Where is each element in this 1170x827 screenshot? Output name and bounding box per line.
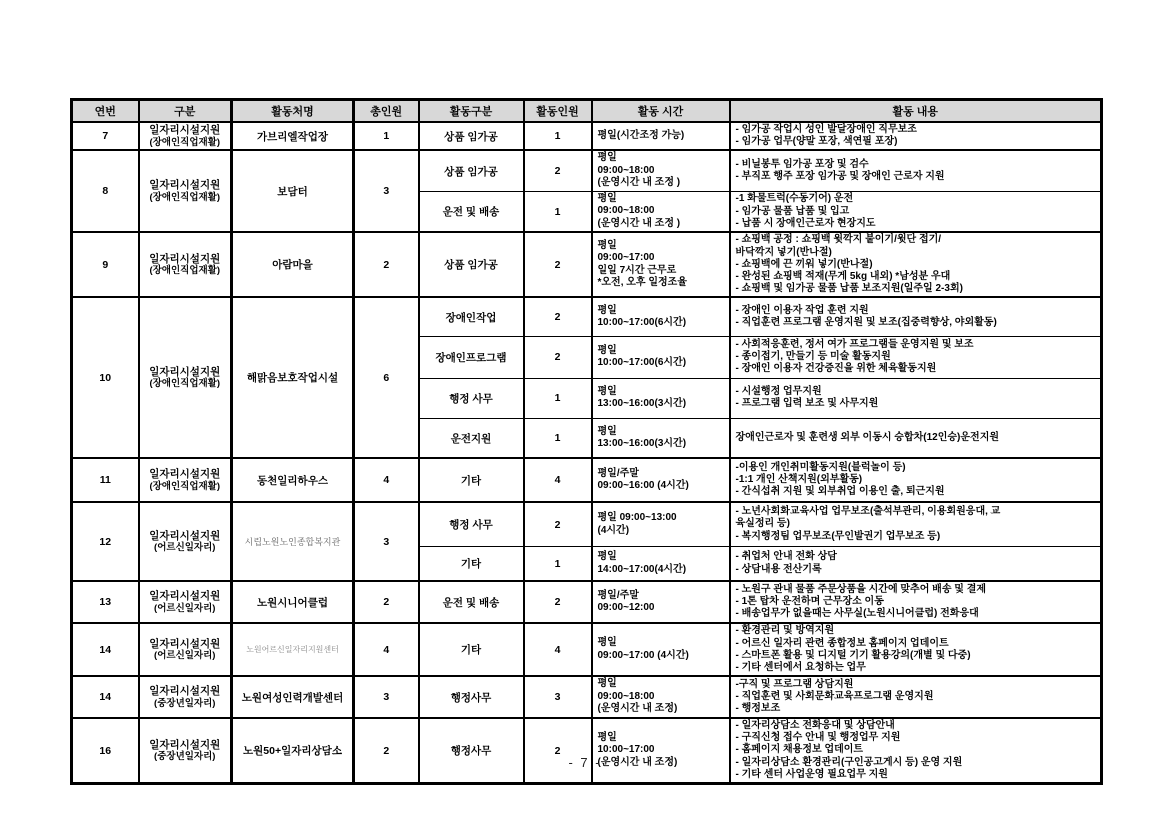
- cell-activity-type: 기타: [419, 458, 524, 502]
- cell-activity-type: 장애인작업: [419, 297, 524, 336]
- cell-activity-time: 평일 09:00~18:00 (운영시간 내 조정): [592, 676, 730, 718]
- cell-total: 3: [354, 150, 419, 232]
- cell-activity-type: 장애인프로그램: [419, 336, 524, 378]
- cell-activity-count: 1: [524, 546, 592, 581]
- cell-activity-type: 상품 임가공: [419, 122, 524, 150]
- cell-place: 시립노원노인종합복지관: [232, 502, 354, 581]
- category-sub: (어르신일자리): [143, 650, 228, 661]
- cell-activity-count: 2: [524, 336, 592, 378]
- category-sub: (장애인직업재활): [143, 481, 228, 492]
- cell-place: 해맑음보호작업시설: [232, 297, 354, 458]
- category-main: 일자리시설지원: [143, 530, 228, 543]
- cell-activity-type: 기타: [419, 546, 524, 581]
- cell-activity-count: 2: [524, 232, 592, 297]
- cell-activity-content: - 노년사회화교육사업 업무보조(출석부관리, 이용회원응대, 교 육실정리 등…: [730, 502, 1102, 546]
- table-row: 7 일자리시설지원 (장애인직업재활) 가브리엘작업장 1 상품 임가공 1 평…: [72, 122, 1102, 150]
- cell-activity-time: 평일 09:00~13:00 (4시간): [592, 502, 730, 546]
- col-header-activity-content: 활동 내용: [730, 100, 1102, 123]
- cell-activity-content: - 환경관리 및 방역지원 - 어르신 일자리 관련 종합정보 홈페이지 업데이…: [730, 623, 1102, 676]
- cell-activity-type: 행정 사무: [419, 378, 524, 418]
- cell-category: 일자리시설지원 (장애인직업재활): [139, 122, 232, 150]
- category-main: 일자리시설지원: [143, 739, 228, 752]
- cell-activity-count: 1: [524, 418, 592, 458]
- cell-no: 9: [72, 232, 139, 297]
- table-row: 11 일자리시설지원 (장애인직업재활) 동천일리하우스 4 기타 4 평일/주…: [72, 458, 1102, 502]
- table-row: 12 일자리시설지원 (어르신일자리) 시립노원노인종합복지관 3 행정 사무 …: [72, 502, 1102, 546]
- cell-activity-count: 2: [524, 718, 592, 783]
- table-row: 9 일자리시설지원 (장애인직업재활) 아람마을 2 상품 임가공 2 평일 0…: [72, 232, 1102, 297]
- cell-total: 2: [354, 581, 419, 623]
- cell-total: 1: [354, 122, 419, 150]
- cell-activity-count: 4: [524, 458, 592, 502]
- cell-activity-content: - 장애인 이용자 작업 훈련 지원 - 직업훈련 프로그램 운영지원 및 보조…: [730, 297, 1102, 336]
- activity-table: 연번 구분 활동처명 총인원 활동구분 활동인원 활동 시간 활동 내용 7 일…: [70, 98, 1103, 785]
- cell-place: 가브리엘작업장: [232, 122, 354, 150]
- cell-activity-count: 3: [524, 676, 592, 718]
- cell-activity-count: 2: [524, 297, 592, 336]
- category-sub: (장애인직업재활): [143, 137, 228, 148]
- cell-activity-count: 4: [524, 623, 592, 676]
- cell-activity-content: - 취업처 안내 전화 상담 - 상담내용 전산기록: [730, 546, 1102, 581]
- cell-activity-content: - 사회적응훈련, 정서 여가 프로그램들 운영지원 및 보조 - 종이접기, …: [730, 336, 1102, 378]
- cell-activity-content: - 시설행정 업무지원 - 프로그램 입력 보조 및 사무지원: [730, 378, 1102, 418]
- cell-activity-type: 운전지원: [419, 418, 524, 458]
- col-header-activity-count: 활동인원: [524, 100, 592, 123]
- cell-activity-content: -1 화물트럭(수동기어) 운전 - 임가공 물품 납품 및 입고 - 납품 시…: [730, 191, 1102, 232]
- cell-activity-time: 평일/주말 09:00~16:00 (4시간): [592, 458, 730, 502]
- category-sub: (장애인직업재활): [143, 265, 228, 276]
- col-header-activity-type: 활동구분: [419, 100, 524, 123]
- cell-activity-count: 2: [524, 581, 592, 623]
- table-row: 14 일자리시설지원 (중장년일자리) 노원여성인력개발센터 3 행정사무 3 …: [72, 676, 1102, 718]
- cell-total: 2: [354, 718, 419, 783]
- cell-no: 8: [72, 150, 139, 232]
- cell-category: 일자리시설지원 (장애인직업재활): [139, 150, 232, 232]
- cell-total: 3: [354, 676, 419, 718]
- cell-activity-count: 2: [524, 502, 592, 546]
- cell-activity-count: 1: [524, 191, 592, 232]
- cell-activity-type: 운전 및 배송: [419, 191, 524, 232]
- document-page: 연번 구분 활동처명 총인원 활동구분 활동인원 활동 시간 활동 내용 7 일…: [0, 0, 1170, 827]
- cell-activity-type: 운전 및 배송: [419, 581, 524, 623]
- cell-activity-time: 평일 13:00~16:00(3시간): [592, 418, 730, 458]
- cell-no: 13: [72, 581, 139, 623]
- col-header-place: 활동처명: [232, 100, 354, 123]
- cell-activity-type: 행정사무: [419, 718, 524, 783]
- category-sub: (장애인직업재활): [143, 192, 228, 203]
- category-sub: (중장년일자리): [143, 698, 228, 709]
- cell-activity-time: 평일 14:00~17:00(4시간): [592, 546, 730, 581]
- category-main: 일자리시설지원: [143, 468, 228, 481]
- cell-activity-content: - 일자리상담소 전화응대 및 상담안내 - 구직신청 접수 안내 및 행정업무…: [730, 718, 1102, 783]
- cell-activity-type: 상품 임가공: [419, 232, 524, 297]
- cell-total: 4: [354, 623, 419, 676]
- cell-activity-content: 장애인근로자 및 훈련생 외부 이동시 승합차(12인승)운전지원: [730, 418, 1102, 458]
- cell-place: 노원시니어클럽: [232, 581, 354, 623]
- cell-place: 노원어르신일자리지원센터: [232, 623, 354, 676]
- cell-activity-count: 1: [524, 378, 592, 418]
- category-main: 일자리시설지원: [143, 366, 228, 379]
- table-row: 8 일자리시설지원 (장애인직업재활) 보담터 3 상품 임가공 2 평일 09…: [72, 150, 1102, 191]
- cell-activity-type: 행정사무: [419, 676, 524, 718]
- cell-activity-time: 평일 09:00~18:00 (운영시간 내 조정 ): [592, 150, 730, 191]
- cell-category: 일자리시설지원 (장애인직업재활): [139, 458, 232, 502]
- cell-activity-count: 2: [524, 150, 592, 191]
- cell-activity-time: 평일(시간조정 가능): [592, 122, 730, 150]
- table-row: 16 일자리시설지원 (중장년일자리) 노원50+일자리상담소 2 행정사무 2…: [72, 718, 1102, 783]
- table-row: 13 일자리시설지원 (어르신일자리) 노원시니어클럽 2 운전 및 배송 2 …: [72, 581, 1102, 623]
- category-main: 일자리시설지원: [143, 685, 228, 698]
- cell-no: 14: [72, 676, 139, 718]
- cell-activity-content: -구직 및 프로그램 상담지원 - 직업훈련 및 사회문화교육프로그램 운영지원…: [730, 676, 1102, 718]
- cell-activity-content: -이용인 개인취미활동지원(블럭놀이 등) -1:1 개인 산책지원(외부활동)…: [730, 458, 1102, 502]
- category-main: 일자리시설지원: [143, 253, 228, 266]
- category-main: 일자리시설지원: [143, 179, 228, 192]
- cell-activity-count: 1: [524, 122, 592, 150]
- cell-place: 노원여성인력개발센터: [232, 676, 354, 718]
- cell-total: 6: [354, 297, 419, 458]
- cell-category: 일자리시설지원 (중장년일자리): [139, 718, 232, 783]
- cell-no: 11: [72, 458, 139, 502]
- cell-total: 3: [354, 502, 419, 581]
- cell-activity-content: - 비닐봉투 임가공 포장 및 검수 - 부직포 행주 포장 임가공 및 장애인…: [730, 150, 1102, 191]
- category-sub: (어르신일자리): [143, 603, 228, 614]
- col-header-category: 구분: [139, 100, 232, 123]
- cell-place: 아람마을: [232, 232, 354, 297]
- cell-activity-time: 평일 10:00~17:00(6시간): [592, 336, 730, 378]
- cell-activity-content: - 임가공 작업시 성인 발달장애인 직무보조 - 임가공 업무(양말 포장, …: [730, 122, 1102, 150]
- cell-activity-time: 평일 09:00~18:00 (운영시간 내 조정 ): [592, 191, 730, 232]
- cell-category: 일자리시설지원 (장애인직업재활): [139, 232, 232, 297]
- cell-category: 일자리시설지원 (어르신일자리): [139, 623, 232, 676]
- category-main: 일자리시설지원: [143, 638, 228, 651]
- cell-category: 일자리시설지원 (중장년일자리): [139, 676, 232, 718]
- cell-no: 7: [72, 122, 139, 150]
- cell-total: 2: [354, 232, 419, 297]
- cell-activity-type: 상품 임가공: [419, 150, 524, 191]
- col-header-no: 연번: [72, 100, 139, 123]
- cell-activity-content: - 쇼핑백 공정 : 쇼핑백 윗깍지 붙이기/윗단 접기/ 바닥깍지 넣기(반나…: [730, 232, 1102, 297]
- cell-activity-content: - 노원구 관내 물품 주문상품을 시간에 맞추어 배송 및 결제 - 1톤 탑…: [730, 581, 1102, 623]
- col-header-activity-time: 활동 시간: [592, 100, 730, 123]
- cell-activity-type: 행정 사무: [419, 502, 524, 546]
- cell-category: 일자리시설지원 (어르신일자리): [139, 502, 232, 581]
- col-header-total: 총인원: [354, 100, 419, 123]
- category-main: 일자리시설지원: [143, 124, 228, 137]
- cell-no: 16: [72, 718, 139, 783]
- cell-no: 14: [72, 623, 139, 676]
- category-sub: (장애인직업재활): [143, 378, 228, 389]
- cell-activity-time: 평일 10:00~17:00 (운영시간 내 조정): [592, 718, 730, 783]
- cell-no: 12: [72, 502, 139, 581]
- category-sub: (어르신일자리): [143, 542, 228, 553]
- cell-category: 일자리시설지원 (어르신일자리): [139, 581, 232, 623]
- cell-activity-time: 평일 09:00~17:00 (4시간): [592, 623, 730, 676]
- table-row: 14 일자리시설지원 (어르신일자리) 노원어르신일자리지원센터 4 기타 4 …: [72, 623, 1102, 676]
- header-row: 연번 구분 활동처명 총인원 활동구분 활동인원 활동 시간 활동 내용: [72, 100, 1102, 123]
- table-row: 10 일자리시설지원 (장애인직업재활) 해맑음보호작업시설 6 장애인작업 2…: [72, 297, 1102, 336]
- cell-activity-type: 기타: [419, 623, 524, 676]
- category-main: 일자리시설지원: [143, 590, 228, 603]
- cell-activity-time: 평일 10:00~17:00(6시간): [592, 297, 730, 336]
- page-number: - 7 -: [0, 755, 1170, 770]
- cell-place: 노원50+일자리상담소: [232, 718, 354, 783]
- cell-total: 4: [354, 458, 419, 502]
- cell-no: 10: [72, 297, 139, 458]
- cell-activity-time: 평일 13:00~16:00(3시간): [592, 378, 730, 418]
- cell-activity-time: 평일 09:00~17:00 일일 7시간 근무로 *오전, 오후 일정조율: [592, 232, 730, 297]
- cell-place: 동천일리하우스: [232, 458, 354, 502]
- cell-category: 일자리시설지원 (장애인직업재활): [139, 297, 232, 458]
- cell-place: 보담터: [232, 150, 354, 232]
- cell-activity-time: 평일/주말 09:00~12:00: [592, 581, 730, 623]
